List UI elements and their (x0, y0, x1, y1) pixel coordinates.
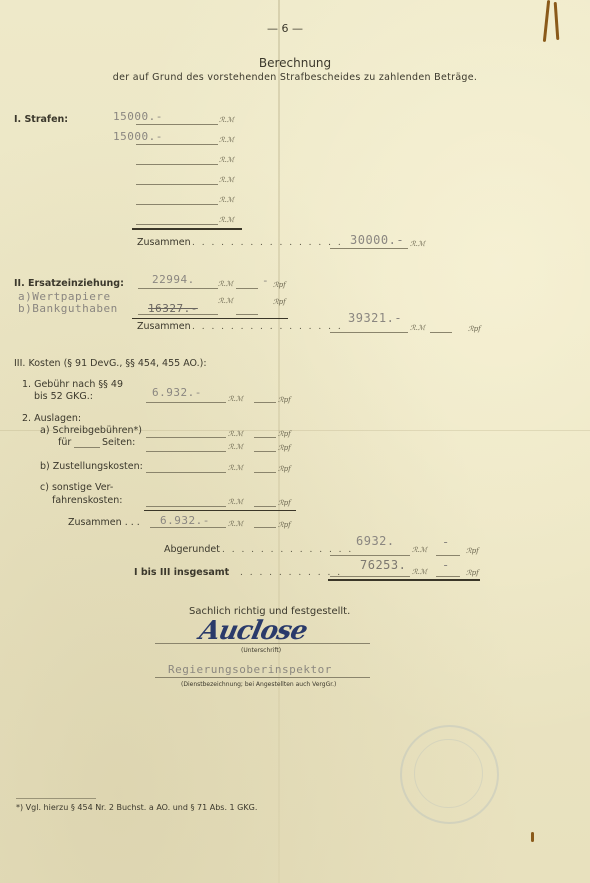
rounded-amount: 6932. (356, 534, 395, 548)
unit-rm: ℛ.ℳ (228, 430, 243, 438)
unit-rm: ℛ.ℳ (228, 395, 243, 403)
unit-rm: ℛ.ℳ (228, 443, 243, 451)
leader-dots: . . . . . . . . . . . . . . . . (192, 322, 343, 332)
section-3-item-1-line1: 1. Gebühr nach §§ 49 (22, 379, 123, 390)
grand-total-line (330, 576, 410, 577)
section-2-item-b: b)Bankguthaben (18, 302, 118, 315)
unit-rpf: ℛpf (278, 499, 291, 507)
unit-rpf: ℛpf (278, 521, 291, 529)
footnote-text: *) Vgl. hierzu § 454 Nr. 2 Buchst. a AO.… (16, 803, 257, 812)
unit-rpf: ℛpf (278, 465, 291, 473)
section-3-item-2: 2. Auslagen: (22, 413, 81, 424)
section-3-item-1-line (146, 402, 226, 403)
rounded-line (330, 555, 410, 556)
fine-line-2 (136, 144, 218, 145)
fine-line-1 (136, 124, 218, 125)
fine-amount-1: 15000.- (113, 110, 163, 123)
section-3-item-2a-line (146, 437, 226, 438)
section-3-total-label: Zusammen . . . (68, 517, 140, 528)
unit-rm: ℛ.ℳ (219, 136, 234, 144)
official-title: Regierungsoberinspektor (168, 663, 332, 676)
section-2-total-amount: 39321.- (348, 311, 402, 325)
section-3-label: III. Kosten (§ 91 DevG., §§ 454, 455 AO.… (14, 358, 207, 369)
section-1-subtotal-rule (132, 228, 242, 230)
grand-total-double-rule (328, 579, 480, 581)
unit-rpf: ℛpf (466, 547, 479, 555)
unit-rm: ℛ.ℳ (218, 297, 233, 305)
document-title: Berechnung (0, 56, 590, 70)
section-2-amount-a: 22994. (152, 273, 195, 286)
unit-rm: ℛ.ℳ (219, 156, 234, 164)
stain-mark (531, 832, 534, 842)
paper-fold-vertical (278, 0, 280, 883)
rpf-line (436, 555, 460, 556)
fine-line-3 (136, 164, 218, 165)
rounded-rpf: - (442, 535, 450, 549)
section-2-amount-a-rpf: - (262, 274, 269, 287)
section-3-item-2a-sub-line (146, 451, 226, 452)
unit-rm: ℛ.ℳ (228, 520, 243, 528)
rounded-label: Abgerundet (164, 544, 220, 555)
document-page: — 6 — Berechnung der auf Grund des vorst… (0, 0, 590, 883)
unit-rpf: ℛpf (278, 430, 291, 438)
leader-dots: . . . . . . . . . . . (240, 568, 342, 578)
unit-rm: ℛ.ℳ (228, 464, 243, 472)
rpf-line (254, 506, 276, 507)
official-title-caption: (Dienstbezeichnung; bei Angestellten auc… (181, 681, 336, 688)
section-2-label: II. Ersatzeinziehung: (14, 278, 124, 289)
unit-rm: ℛ.ℳ (219, 216, 234, 224)
section-3-item-1-amount: 6.932.- (152, 386, 202, 399)
section-3-item-2c-line1: c) sonstige Ver- (40, 482, 113, 493)
section-3-item-2c-line2: fahrenskosten: (52, 495, 122, 506)
rpf-line (254, 437, 276, 438)
rpf-line (430, 332, 452, 333)
official-title-line (155, 677, 370, 678)
section-3-total-amount: 6.932.- (160, 514, 210, 527)
section-2-line-a (138, 288, 218, 289)
unit-rm: ℛ.ℳ (218, 280, 233, 288)
unit-rm: ℛ.ℳ (412, 568, 427, 576)
section-1-total-label: Zusammen (137, 237, 191, 248)
rpf-line (436, 576, 460, 577)
grand-total-amount: 76253. (360, 558, 406, 572)
grand-total-label: I bis III insgesamt (134, 567, 229, 578)
section-3-total-line (150, 527, 226, 528)
leader-dots: . . . . . . . . . . . . . . (222, 545, 353, 555)
document-subtitle: der auf Grund des vorstehenden Strafbesc… (0, 72, 590, 83)
unit-rm: ℛ.ℳ (219, 196, 234, 204)
unit-rm: ℛ.ℳ (410, 324, 425, 332)
section-1-label: I. Strafen: (14, 114, 68, 125)
rpf-line (254, 472, 276, 473)
unit-rm: ℛ.ℳ (228, 498, 243, 506)
unit-rm: ℛ.ℳ (219, 176, 234, 184)
fine-line-4 (136, 184, 218, 185)
section-2-line-b (138, 314, 218, 315)
rpf-line (236, 288, 258, 289)
section-3-item-2a-sub2: Seiten: (102, 437, 135, 448)
stain-mark (543, 0, 550, 42)
section-3-item-2b: b) Zustellungskosten: (40, 461, 143, 472)
section-3-item-2a-sub1: für (58, 437, 71, 448)
section-2-total-label: Zusammen (137, 321, 191, 332)
unit-rm: ℛ.ℳ (412, 546, 427, 554)
fine-amount-2: 15000.- (113, 130, 163, 143)
unit-rm: ℛ.ℳ (219, 116, 234, 124)
footnote-rule (16, 798, 96, 799)
unit-rpf: ℛpf (278, 396, 291, 404)
unit-rpf: ℛpf (468, 325, 481, 333)
leader-dots: . . . . . . . . . . . . . . . . (192, 238, 343, 248)
signature-caption: (Unterschrift) (241, 647, 281, 654)
section-3-item-2c-line (146, 506, 226, 507)
unit-rm: ℛ.ℳ (410, 240, 425, 248)
signature-line (155, 643, 370, 644)
section-1-total-amount: 30000.- (350, 233, 404, 247)
grand-total-rpf: - (442, 558, 450, 572)
unit-rpf: ℛpf (273, 298, 286, 306)
pages-count-line (74, 447, 100, 448)
section-2-total-line (330, 332, 408, 333)
official-seal-stamp (400, 725, 499, 824)
rpf-line (254, 527, 276, 528)
unit-rpf: ℛpf (466, 569, 479, 577)
unit-rpf: ℛpf (278, 444, 291, 452)
section-2-subtotal-rule (132, 318, 288, 319)
section-1-total-line (330, 248, 408, 249)
rpf-line (254, 402, 276, 403)
fine-line-6 (136, 224, 218, 225)
section-3-item-1-line2: bis 52 GKG.: (34, 391, 93, 402)
rpf-line (254, 451, 276, 452)
unit-rpf: ℛpf (273, 281, 286, 289)
fine-line-5 (136, 204, 218, 205)
page-number: — 6 — (267, 22, 303, 35)
section-3-item-2a: a) Schreibgebühren*) (40, 425, 142, 436)
section-3-subtotal-rule (144, 510, 296, 511)
stain-mark (554, 2, 560, 40)
section-3-item-2b-line (146, 472, 226, 473)
rpf-line (236, 314, 258, 315)
handwritten-signature: Auclose (197, 616, 310, 646)
